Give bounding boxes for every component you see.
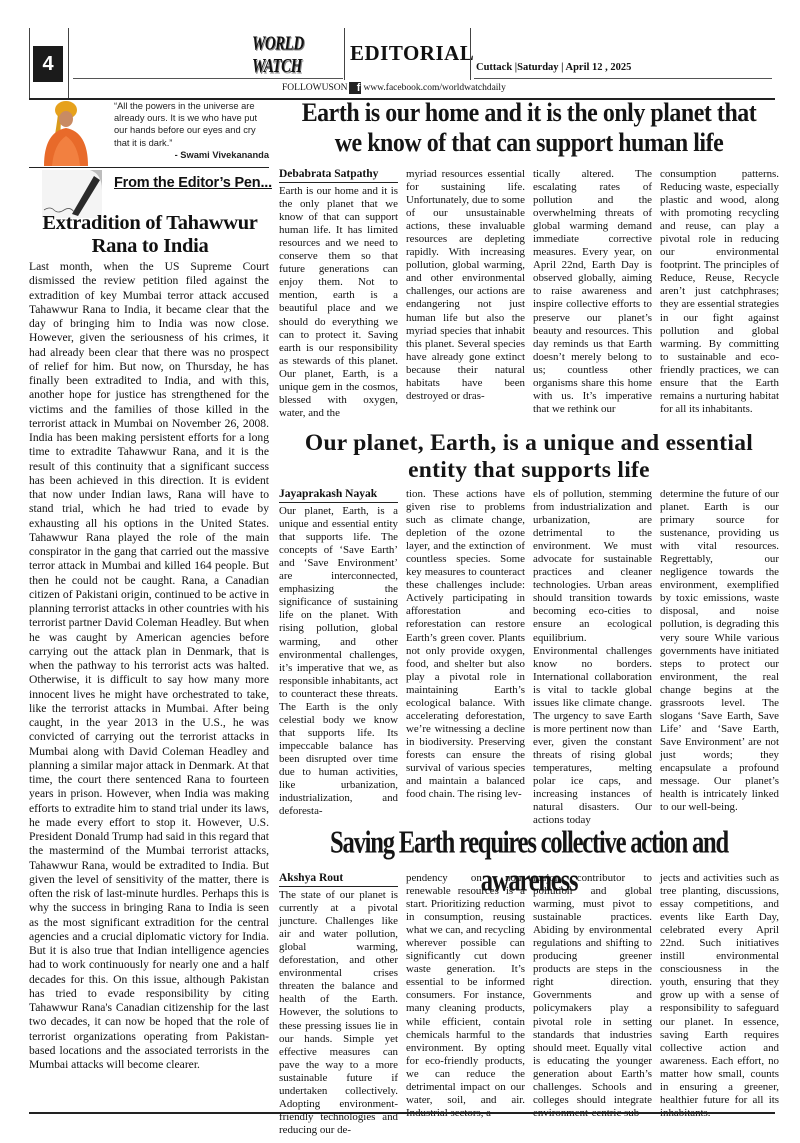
dateline-rule [474,78,772,79]
article-2-headline: Our planet, Earth, is a unique and essen… [279,430,779,484]
editorial-body: Last month, when the US Supreme Court di… [29,260,269,1072]
frame-left-rule [29,28,30,100]
article-3-col-4: jects and activities such as tree planti… [660,872,779,1137]
frame-inner-rule [68,28,69,100]
article-1-col-3: tically altered. The escalating rates of… [533,168,652,420]
facebook-icon: f [349,82,361,94]
article-2-col-1: Jayaprakash Nayak Our planet, Earth, is … [279,488,398,827]
article-3-columns: Akshya Rout The state of our planet is c… [279,872,779,1137]
article-3-text-1: The state of our planet is currently at … [279,889,398,1137]
column-divider [274,100,275,1112]
article-1-col-4: consumption patterns. Reducing waste, es… [660,168,779,420]
article-1-col-1: Debabrata Satpathy Earth is our home and… [279,168,398,420]
section-title: EDITORIAL [350,41,474,66]
article-1-byline: Debabrata Satpathy [279,168,398,183]
article-2-columns: Jayaprakash Nayak Our planet, Earth, is … [279,488,779,827]
article-3-col-1: Akshya Rout The state of our planet is c… [279,872,398,1137]
quote-author: - Swami Vivekananda [114,149,269,161]
article-1-columns: Debabrata Satpathy Earth is our home and… [279,168,779,420]
article-2-text-1: Our planet, Earth, is a unique and essen… [279,505,398,818]
world-watch-logo: WORLD WATCH [252,32,344,81]
article-2-col-4: determine the future of our planet. Eart… [660,488,779,827]
quote-block: “All the powers in the universe are alre… [114,100,269,161]
article-2-byline: Jayaprakash Nayak [279,488,398,503]
editors-pen-label: From the Editor’s Pen... [114,175,272,191]
quote-rule [29,167,269,168]
follow-us-bar: FOLLOWUSON f www.facebook.com/worldwatch… [282,82,506,94]
left-bottom-rule [29,1112,279,1114]
article-1-col-2: myriad resources essential for sustainin… [406,168,525,420]
article-3-byline: Akshya Rout [279,872,398,887]
follow-label: FOLLOWUSON [282,83,347,93]
quote-text: “All the powers in the universe are alre… [114,101,257,148]
masthead-divider [344,28,345,80]
facebook-link[interactable]: www.facebook.com/worldwatchdaily [363,83,505,93]
article-1-headline: Earth is our home and it is the only pla… [299,98,759,158]
right-bottom-rule [279,1112,775,1114]
swami-vivekananda-portrait [38,100,94,166]
page-number: 4 [33,46,63,82]
fountain-pen-icon [42,170,102,218]
article-1-text-1: Earth is our home and it is the only pla… [279,185,398,420]
editorial-headline: Extradition of Tahawwur Rana to India [30,212,270,258]
dateline-divider [470,28,471,80]
article-2-col-2: tion. These actions have given rise to p… [406,488,525,827]
article-2-col-3: els of pollution, stemming from industri… [533,488,652,827]
article-3-col-3: major contributor to pollution and globa… [533,872,652,1137]
article-3-col-2: pendency on non-renewable resources is a… [406,872,525,1137]
dateline: Cuttack |Saturday | April 12 , 2025 [476,62,631,73]
